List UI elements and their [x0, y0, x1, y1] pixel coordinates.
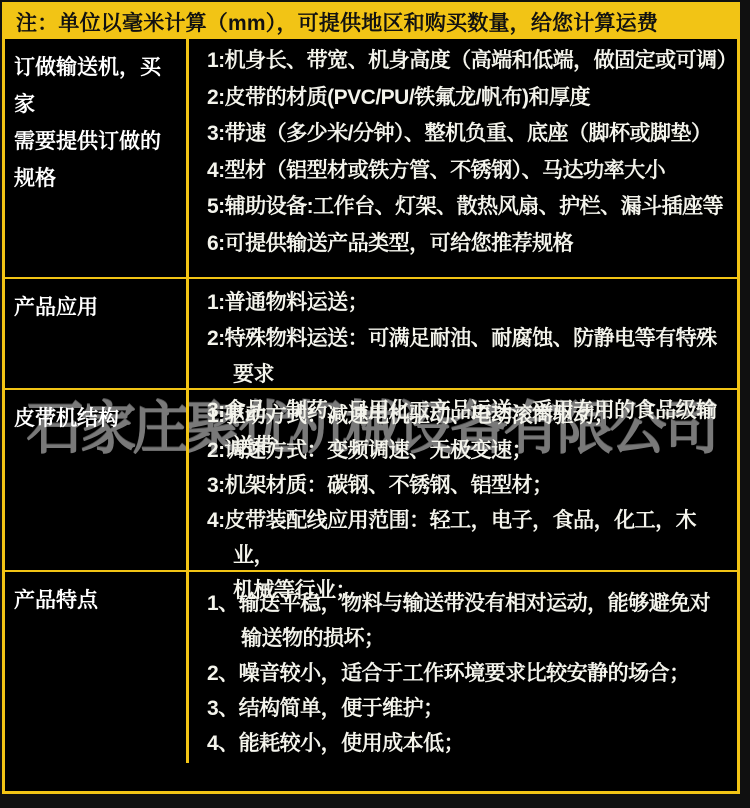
spec-item: 4、能耗较小，使用成本低；	[207, 726, 733, 761]
spec-item: 3、结构简单，便于维护；	[207, 691, 733, 726]
spec-row: 产品特点1、输送平稳，物料与输送带没有相对运动，能够避免对 输送物的损坏；2、噪…	[5, 570, 737, 763]
spec-item: 6:可提供输送产品类型，可给您推荐规格	[207, 226, 733, 263]
product-spec-image: 注：单位以毫米计算（mm），可提供地区和购买数量，给您计算运费 订做输送机，买家…	[0, 0, 750, 808]
row-items: 1、输送平稳，物料与输送带没有相对运动，能够避免对 输送物的损坏；2、噪音较小，…	[189, 572, 737, 763]
spec-item: 1:机身长、带宽、机身高度（高端和低端，做固定或可调）	[207, 43, 733, 80]
spec-item: 5:辅助设备:工作台、灯架、散热风扇、护栏、漏斗插座等	[207, 189, 733, 226]
spec-item: 1、输送平稳，物料与输送带没有相对运动，能够避免对 输送物的损坏；	[207, 586, 733, 656]
spec-frame: 注：单位以毫米计算（mm），可提供地区和购买数量，给您计算运费 订做输送机，买家…	[2, 2, 740, 794]
spec-row: 产品应用1:普通物料运送；2:特殊物料运送：可满足耐油、耐腐蚀、防静电等有特殊要…	[5, 277, 737, 388]
spec-item: 2:特殊物料运送：可满足耐油、耐腐蚀、防静电等有特殊要求	[207, 321, 733, 393]
row-label: 皮带机结构	[5, 390, 189, 570]
spec-item: 2、噪音较小，适合于工作环境要求比较安静的场合；	[207, 656, 733, 691]
spec-item: 2:皮带的材质(PVC/PU/铁氟龙/帆布)和厚度	[207, 80, 733, 117]
note-banner: 注：单位以毫米计算（mm），可提供地区和购买数量，给您计算运费	[5, 5, 737, 39]
spec-item: 3:带速（多少米/分钟）、整机负重、底座（脚杯或脚垫）	[207, 116, 733, 153]
spec-item: 1:驱动方式：减速电机驱动、电动滚筒驱动；	[207, 398, 733, 433]
row-items: 1:机身长、带宽、机身高度（高端和低端，做固定或可调）2:皮带的材质(PVC/P…	[189, 39, 737, 277]
spec-item: 2:调速方式：变频调速、无极变速；	[207, 433, 733, 468]
row-items: 1:普通物料运送；2:特殊物料运送：可满足耐油、耐腐蚀、防静电等有特殊要求3:食…	[189, 279, 737, 388]
row-label: 订做输送机，买家 需要提供订做的 规格	[5, 39, 189, 277]
note-text: 注：单位以毫米计算（mm），可提供地区和购买数量，给您计算运费	[16, 7, 658, 37]
spec-table: 订做输送机，买家 需要提供订做的 规格1:机身长、带宽、机身高度（高端和低端，做…	[5, 39, 737, 763]
spec-item: 3:机架材质：碳钢、不锈钢、铝型材；	[207, 468, 733, 503]
spec-row: 订做输送机，买家 需要提供订做的 规格1:机身长、带宽、机身高度（高端和低端，做…	[5, 39, 737, 277]
row-label: 产品特点	[5, 572, 189, 763]
spec-item: 1:普通物料运送；	[207, 285, 733, 321]
spec-item: 4:型材（铝型材或铁方管、不锈钢）、马达功率大小	[207, 153, 733, 190]
spec-row: 皮带机结构1:驱动方式：减速电机驱动、电动滚筒驱动；2:调速方式：变频调速、无极…	[5, 388, 737, 570]
row-label: 产品应用	[5, 279, 189, 388]
row-items: 1:驱动方式：减速电机驱动、电动滚筒驱动；2:调速方式：变频调速、无极变速；3:…	[189, 390, 737, 570]
